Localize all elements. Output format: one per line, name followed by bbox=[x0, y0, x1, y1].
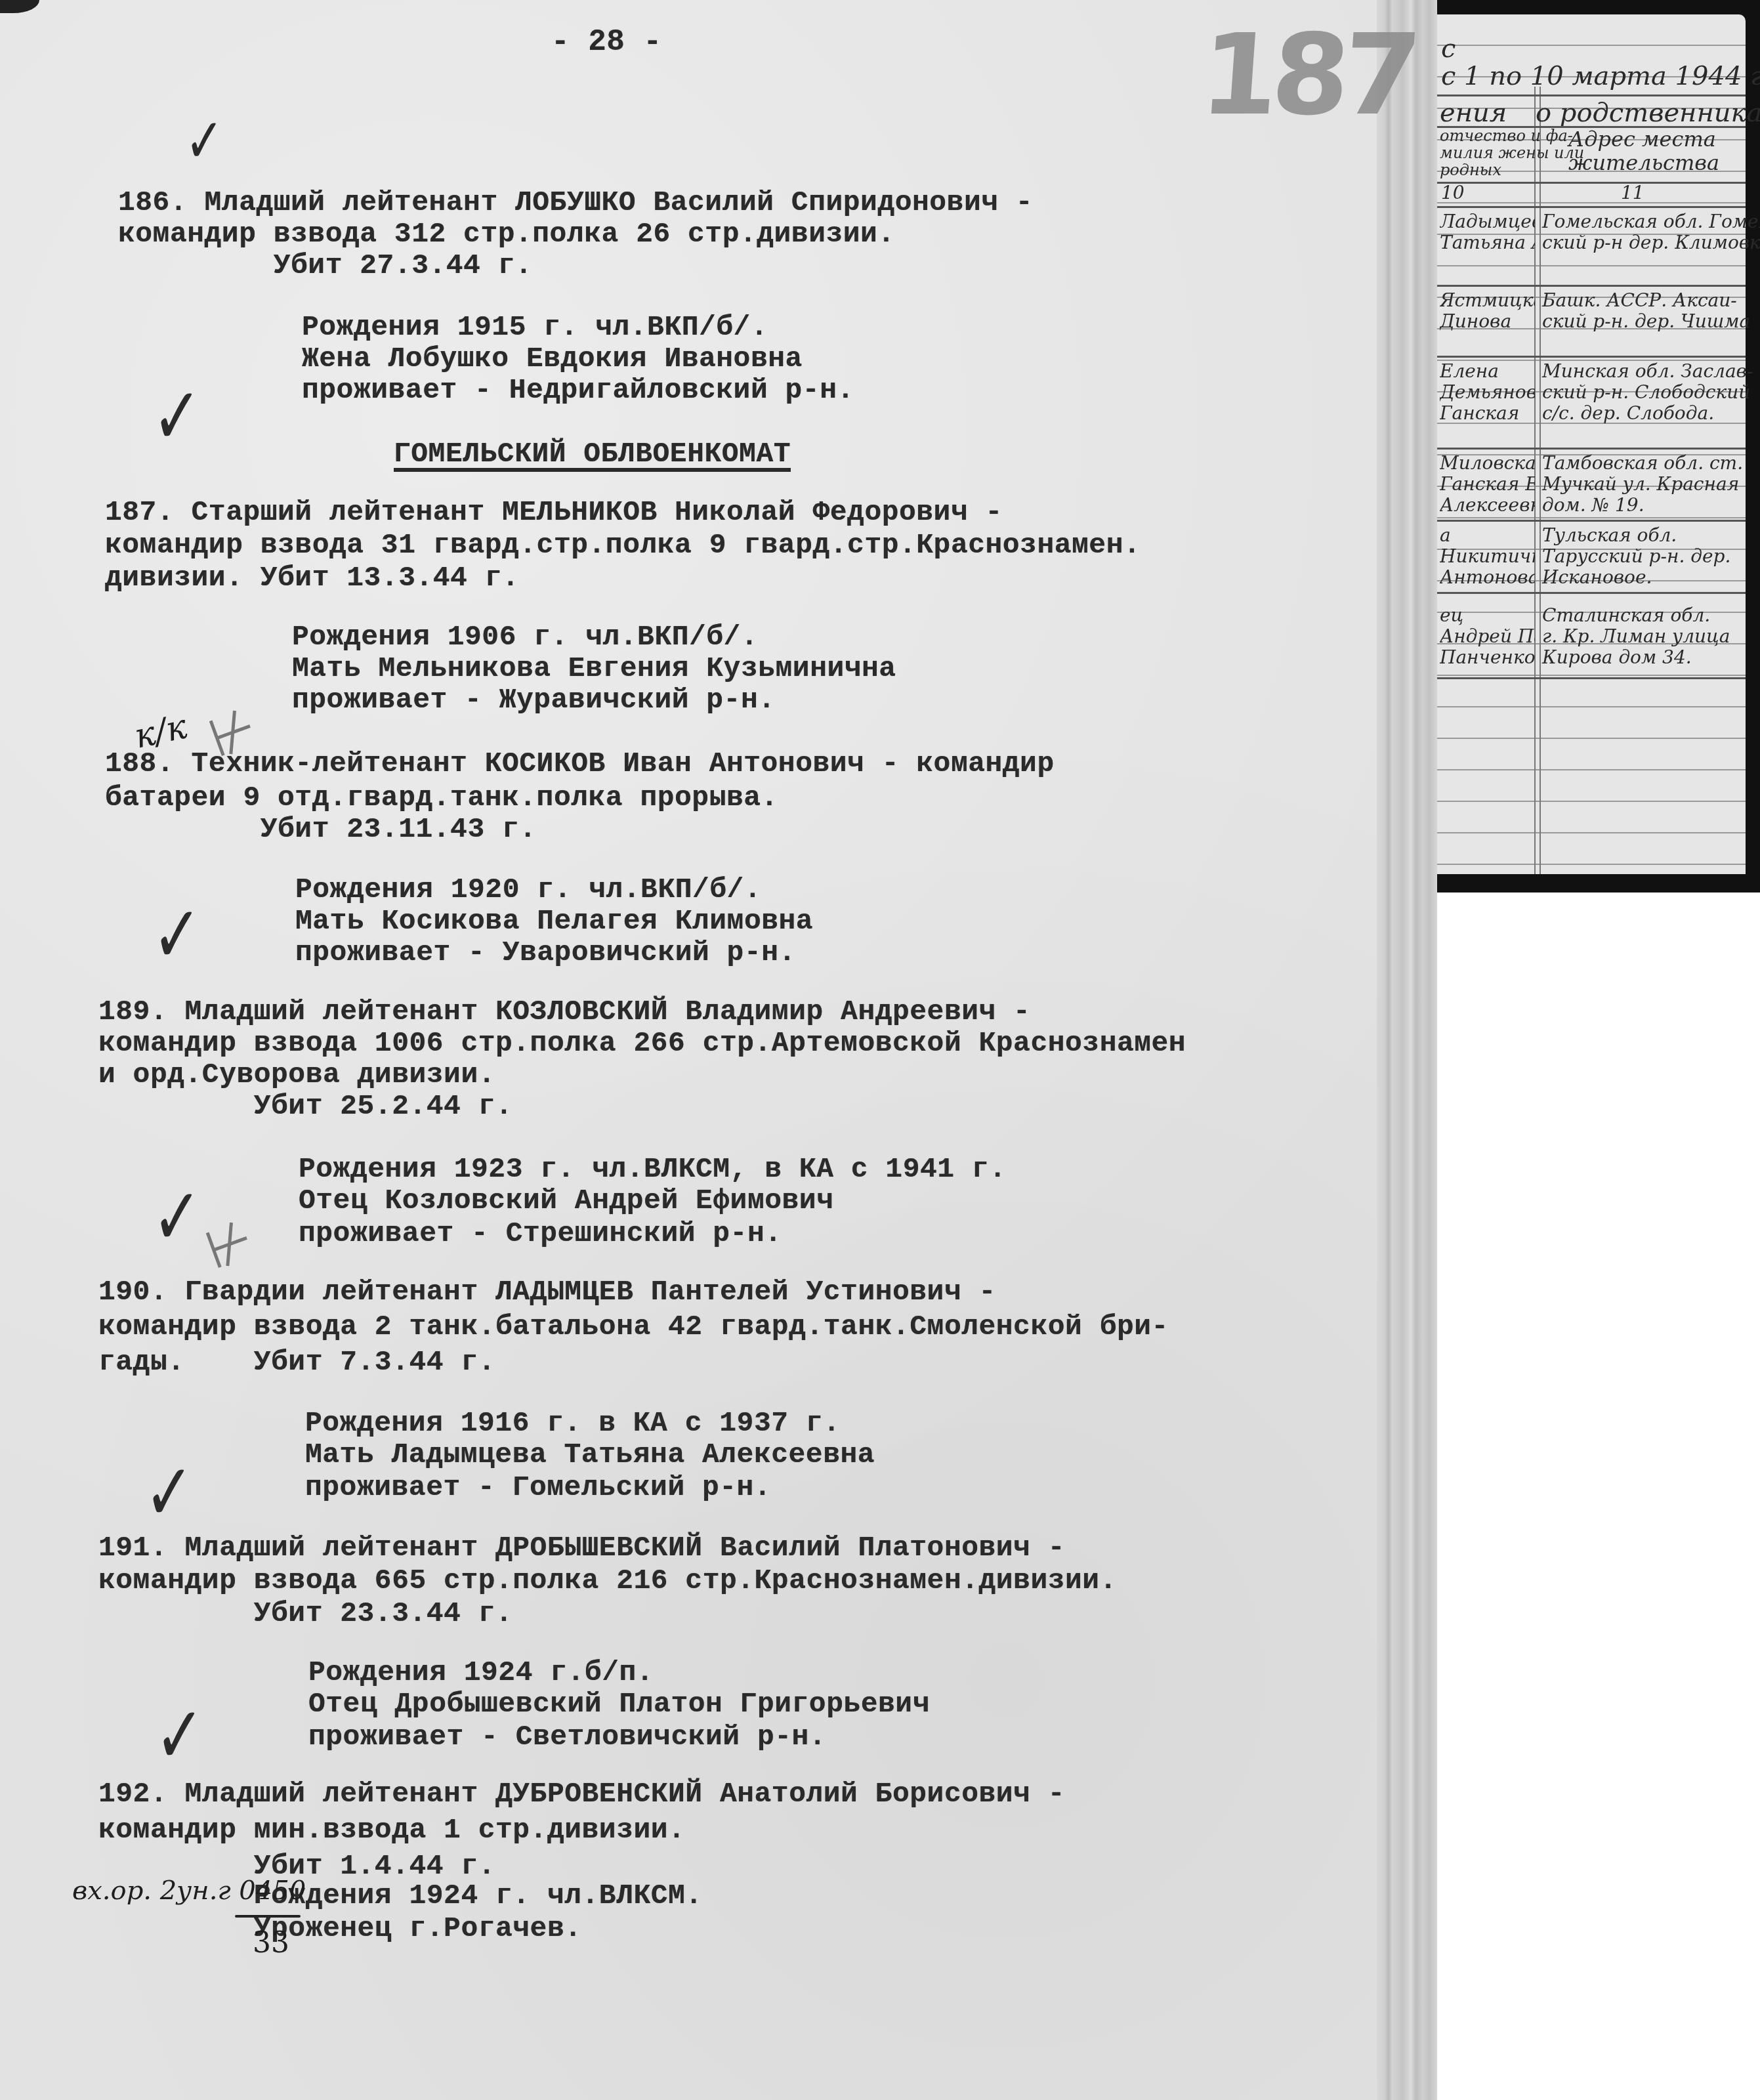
side-form-row-6-relative: ец Андрей Павлович Панченко bbox=[1440, 605, 1535, 668]
entry-188-detail-2: Мать Косикова Пелагея Климовна bbox=[295, 906, 813, 937]
entry-188-detail-1: Рождения 1920 г. чл.ВКП/б/. bbox=[295, 874, 761, 906]
archive-reference-denominator: 33 bbox=[253, 1926, 289, 1960]
side-form-row-6-address: Сталинская обл. г. Кр. Лиман улица Киров… bbox=[1542, 605, 1730, 668]
side-form-row-5-address: Тульская обл. Тарусский р-н. дер. Искано… bbox=[1542, 525, 1730, 588]
entry-186-line-1: 186. Младший лейтенант ЛОБУШКО Василий С… bbox=[118, 187, 1033, 219]
checkmark-icon: ✓ bbox=[155, 1696, 204, 1776]
entry-189-line-3: и орд.Суворова дивизии. bbox=[98, 1059, 495, 1091]
entry-190-detail-2: Мать Ладымцева Татьяна Алексеевна bbox=[305, 1439, 875, 1471]
entry-189-detail-3: проживает - Стрешинский р-н. bbox=[299, 1218, 782, 1249]
entry-192-line-5: Уроженец г.Рогачев. bbox=[98, 1913, 582, 1944]
archive-sheet-number: 187 bbox=[1197, 20, 1418, 131]
entry-192-line-1: 192. Младший лейтенант ДУБРОВЕНСКИЙ Анат… bbox=[98, 1778, 1065, 1810]
entry-189-detail-2: Отец Козловский Андрей Ефимович bbox=[299, 1185, 833, 1217]
side-form-header-right: о родственниках bbox=[1536, 98, 1760, 127]
page-number: - 28 - bbox=[551, 26, 662, 58]
side-form-col-header-right: Адрес места жительства bbox=[1568, 127, 1719, 175]
entry-187-detail-1: Рождения 1906 г. чл.ВКП/б/. bbox=[292, 621, 758, 653]
page-binding-edge bbox=[1377, 0, 1437, 2100]
entry-187-detail-2: Мать Мельникова Евгения Кузьминична bbox=[292, 653, 896, 684]
side-form-col-number-left: 10 bbox=[1441, 182, 1465, 203]
entry-187-line-2: командир взвода 31 гвард.стр.полка 9 гва… bbox=[105, 530, 1141, 561]
entry-187-line-3: дивизии. Убит 13.3.44 г. bbox=[105, 562, 519, 594]
entry-186-detail-3: проживает - Недригайловский р-н. bbox=[302, 375, 854, 406]
entry-189-line-2: командир взвода 1006 стр.полка 266 стр.А… bbox=[98, 1028, 1186, 1059]
entry-191-line-1: 191. Младший лейтенант ДРОБЫШЕВСКИЙ Васи… bbox=[98, 1532, 1065, 1564]
entry-190-line-3: гады. Убит 7.3.44 г. bbox=[98, 1347, 495, 1378]
entry-191-detail-3: проживает - Светловичский р-н. bbox=[308, 1721, 826, 1753]
typed-document-page: - 28 - 187 ✓ ✓ ✓ ✓ ✓ ✓ ⊬ ⊬ к/к 186. Млад… bbox=[0, 0, 1437, 2100]
entry-190-line-1: 190. Гвардии лейтенант ЛАДЫМЦЕВ Пантелей… bbox=[98, 1276, 996, 1308]
entry-188-line-1: 188. Техник-лейтенант КОСИКОВ Иван Антон… bbox=[105, 748, 1055, 780]
side-form-header-prefix: с bbox=[1441, 34, 1456, 63]
side-form-row-4-address: Тамбовская обл. ст. Мучкай ул. Красная д… bbox=[1542, 453, 1743, 516]
entry-191-detail-2: Отец Дробышевский Платон Григорьевич bbox=[308, 1689, 930, 1720]
entry-190-line-2: командир взвода 2 танк.батальона 42 гвар… bbox=[98, 1311, 1169, 1343]
side-form-row-2-address: Башк. АССР. Аксаи- ский р-н. дер. Чишма bbox=[1542, 290, 1750, 332]
archive-reference-fraction-bar bbox=[235, 1915, 301, 1918]
side-form-col-header-left: отчество и фа- милия жены или родных bbox=[1440, 127, 1584, 178]
checkmark-icon: ✓ bbox=[144, 1453, 194, 1533]
side-form-row-3-address: Минская обл. Заслав- ский р-н. Слободски… bbox=[1542, 361, 1753, 424]
entry-192-line-2: командир мин.взвода 1 стр.дивизии. bbox=[98, 1815, 685, 1846]
entry-186-line-2: командир взвода 312 стр.полка 26 стр.див… bbox=[118, 219, 895, 250]
side-form-paper: с с 1 по 10 марта 1944 г. ения о родстве… bbox=[1437, 14, 1746, 874]
side-form-row-1-relative: Ладымцева Татьяна Алексеевна bbox=[1440, 211, 1535, 253]
entry-188-line-2: батареи 9 отд.гвард.танк.полка прорыва. bbox=[105, 782, 778, 814]
entry-191-line-3: Убит 23.3.44 г. bbox=[98, 1598, 513, 1629]
side-form-date-range: с 1 по 10 марта 1944 г. bbox=[1441, 62, 1760, 91]
side-form-row-5-relative: а Никитична Антонова bbox=[1440, 525, 1535, 588]
entry-186-line-3: Убит 27.3.44 г. bbox=[118, 250, 532, 282]
entry-188-line-3: Убит 23.11.43 г. bbox=[105, 814, 537, 845]
entry-186-detail-2: Жена Лобушко Евдокия Ивановна bbox=[302, 343, 803, 375]
checkmark-icon: ✓ bbox=[152, 377, 201, 457]
entry-191-line-2: командир взвода 665 стр.полка 216 стр.Кр… bbox=[98, 1565, 1117, 1597]
entry-188-detail-3: проживает - Уваровичский р-н. bbox=[295, 937, 796, 969]
entry-189-line-4: Убит 25.2.44 г. bbox=[98, 1091, 513, 1122]
side-form-col-number-right: 11 bbox=[1621, 182, 1645, 203]
entry-190-detail-1: Рождения 1916 г. в КА с 1937 г. bbox=[305, 1408, 840, 1439]
page-corner-shadow bbox=[0, 0, 39, 13]
pencil-cross-mark-icon: ⊬ bbox=[198, 1208, 261, 1281]
entry-186-detail-1: Рождения 1915 г. чл.ВКП/б/. bbox=[302, 312, 768, 343]
side-form-strip: с с 1 по 10 марта 1944 г. ения о родстве… bbox=[1437, 0, 1760, 892]
entry-189-line-1: 189. Младший лейтенант КОЗЛОВСКИЙ Владим… bbox=[98, 996, 1030, 1028]
entry-190-detail-3: проживает - Гомельский р-н. bbox=[305, 1472, 771, 1503]
side-form-row-4-relative: Миловская Ганская Елена Алексеевна bbox=[1440, 453, 1535, 516]
entry-191-detail-1: Рождения 1924 г.б/п. bbox=[308, 1657, 654, 1689]
archive-reference-note: вх.ор. 2ун.г 0450 bbox=[72, 1876, 306, 1906]
side-form-row-1-address: Гомельская обл. Гомель- ский р-н дер. Кл… bbox=[1542, 211, 1760, 253]
checkmark-icon: ✓ bbox=[152, 1177, 201, 1257]
checkmark-icon: ✓ bbox=[185, 101, 224, 181]
side-form-row-3-relative: Елена Демьяновна Ганская bbox=[1440, 361, 1535, 424]
section-header: ГОМЕЛЬСКИЙ ОБЛВОЕНКОМАТ bbox=[394, 438, 791, 470]
side-form-row-2-relative: Ястмицкая Динова bbox=[1440, 290, 1535, 332]
checkmark-icon: ✓ bbox=[152, 895, 201, 975]
side-form-column-divider bbox=[1534, 87, 1541, 874]
entry-187-line-1: 187. Старший лейтенант МЕЛЬНИКОВ Николай… bbox=[105, 497, 1003, 528]
side-form-header-left: ения bbox=[1440, 98, 1507, 127]
entry-187-detail-3: проживает - Журавичский р-н. bbox=[292, 684, 776, 716]
entry-189-detail-1: Рождения 1923 г. чл.ВЛКСМ, в КА с 1941 г… bbox=[299, 1154, 1006, 1185]
